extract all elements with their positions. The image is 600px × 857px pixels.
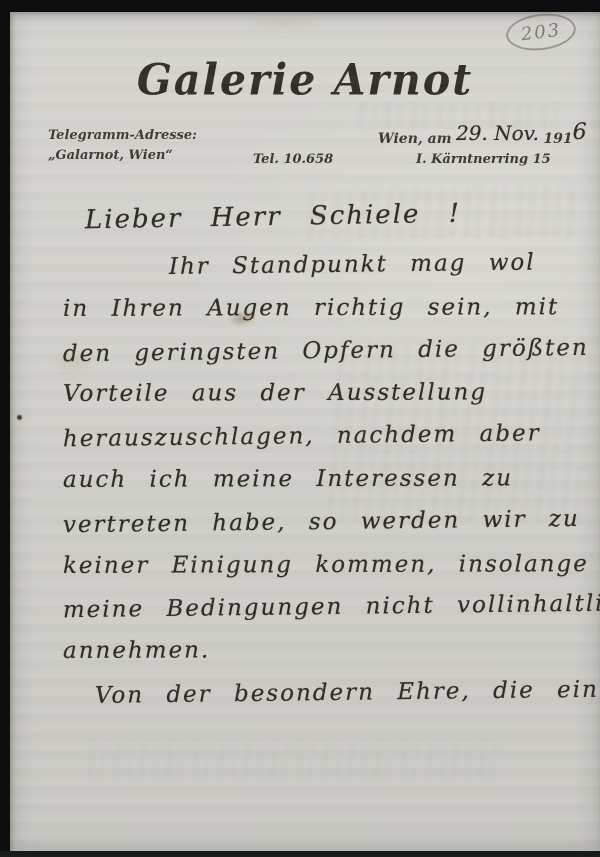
gallery-name: Galerie Arnot [10,55,600,105]
body-line: annehmen. [63,636,593,681]
body-line: Ihr Standpunkt mag wol [63,249,593,298]
body-line: vertreten habe, so werden wir zu [63,506,593,555]
letter-body: Ihr Standpunkt mag wol in Ihren Augen ri… [63,252,593,723]
date-printed-year: 191 [543,131,572,147]
body-line: den geringsten Opfern die größten [63,334,593,383]
scanned-letter-page: 203 Galerie Arnot Telegramm-Adresse: „Ga… [0,0,600,857]
date-line: Wien, am 29. Nov. 1916 [378,124,587,149]
date-handwritten-day-month: 29. Nov. [456,121,539,145]
archive-number-stamp: 203 [504,10,578,54]
telegram-label: Telegramm-Adresse: [48,126,197,146]
archive-number: 203 [520,19,563,45]
top-edge-stain [240,16,330,30]
body-line: keiner Einigung kommen, insolange Sie [63,551,593,596]
body-line: Vorteile aus der Ausstellung [63,379,593,424]
bleedthrough-ghost-text [80,740,500,780]
body-line: herauszuschlagen, nachdem aber [63,420,593,469]
body-line: meine Bedingungen nicht vollinhaltlich [63,591,593,640]
scan-bottom-edge [0,851,600,857]
telegram-address-block: Telegramm-Adresse: „Galarnot, Wien“ [48,126,197,166]
salutation: Lieber Herr Schiele ! [85,199,462,236]
telegram-address: „Galarnot, Wien“ [48,146,197,166]
ink-dot [17,415,22,420]
date-handwritten-year-digit: 6 [573,120,587,145]
telephone-number: Tel. 10.658 [253,152,333,167]
body-line: in Ihren Augen richtig sein, mit [63,294,593,339]
street-address: I. Kärntnerring 15 [416,152,551,167]
body-line: auch ich meine Interessen zu [63,465,593,510]
body-line: Von der besondern Ehre, die ein Herr [63,677,593,726]
date-printed-prefix: Wien, am [378,131,452,147]
letter-paper: 203 Galerie Arnot Telegramm-Adresse: „Ga… [10,12,600,852]
